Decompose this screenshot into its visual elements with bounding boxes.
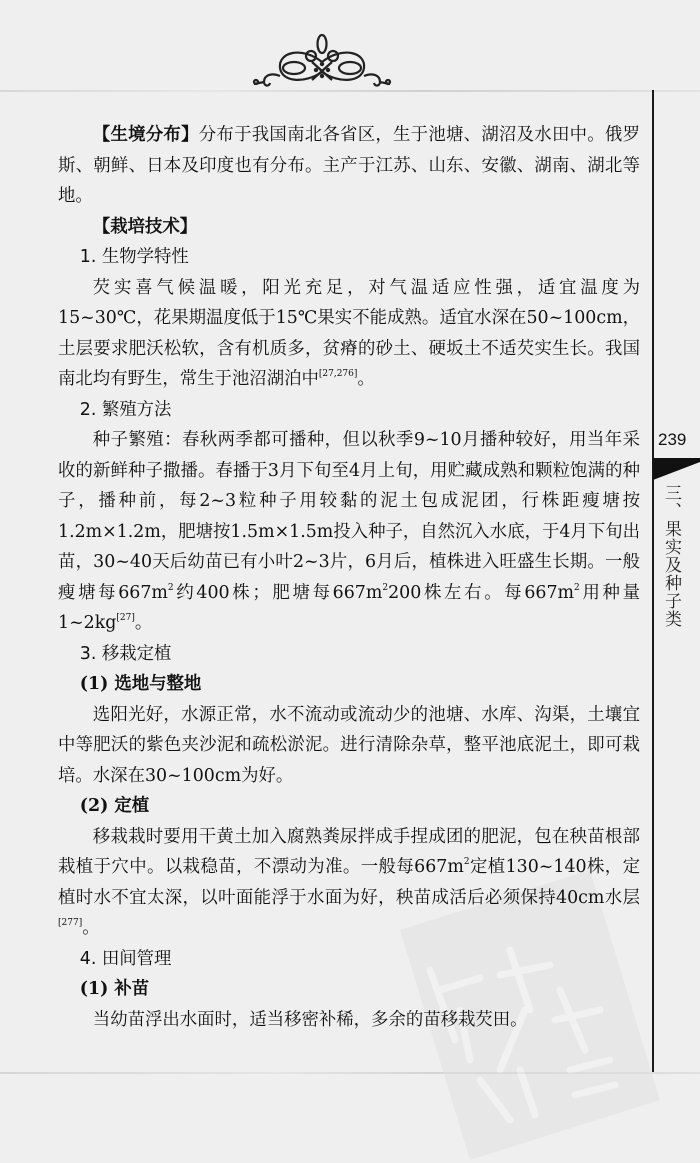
section-2-text-c: 200株左右。每667m: [388, 583, 574, 603]
section-3-1-title: (1) 选地与整地: [58, 669, 640, 700]
section-4-1-title: (1) 补苗: [58, 974, 640, 1005]
chapter-tab-label: 三、果实及种子类: [660, 484, 682, 628]
habitat-paragraph: 【生境分布】分布于我国南北各省区，生于池塘、湖沼及水田中。俄罗斯、朝鲜、日本及印…: [58, 120, 640, 212]
section-4-1-paragraph: 当幼苗浮出水面时，适当移密补稀，多余的苗移栽芡田。: [58, 1005, 640, 1036]
period: 。: [135, 613, 152, 633]
cultivation-heading-line: 【栽培技术】: [58, 212, 640, 243]
section-2-title: 2. 繁殖方法: [58, 395, 640, 426]
section-1-paragraph: 芡实喜气候温暖，阳光充足，对气温适应性强，适宜温度为15~30℃，花果期温度低于…: [58, 273, 640, 395]
top-rule: [0, 90, 700, 92]
cultivation-heading: 【栽培技术】: [93, 217, 197, 237]
citation-ref: [27]: [116, 613, 134, 623]
citation-ref: [27,276]: [319, 369, 358, 379]
period: 。: [357, 369, 374, 389]
section-1-title: 1. 生物学特性: [58, 242, 640, 273]
section-3-1-paragraph: 选阳光好，水源正常，水不流动或流动少的池塘、水库、沟渠，土壤宜中等肥沃的紫色夹沙…: [58, 700, 640, 792]
header-ornament-icon: [242, 32, 402, 92]
section-3-2-paragraph: 移栽栽时要用干黄土加入腐熟粪尿拌成手捏成团的肥泥，包在秧苗根部栽植于穴中。以栽稳…: [58, 822, 640, 944]
section-3-2-title: (2) 定植: [58, 791, 640, 822]
side-rule: [652, 90, 654, 1074]
citation-ref: [277]: [58, 918, 82, 928]
section-2-text-b: 约400株；肥塘每667m: [174, 583, 383, 603]
document-body: 【生境分布】分布于我国南北各省区，生于池塘、湖沼及水田中。俄罗斯、朝鲜、日本及印…: [58, 120, 640, 1035]
period: 。: [82, 918, 99, 938]
section-4-title: 4. 田间管理: [58, 944, 640, 975]
habitat-heading: 【生境分布】: [93, 125, 199, 145]
bottom-rule: [0, 1072, 700, 1074]
section-2-paragraph: 种子繁殖：春秋两季都可播种，但以秋季9~10月播种较好，用当年采收的新鲜种子撒播…: [58, 425, 640, 639]
section-2-text-a: 种子繁殖：春秋两季都可播种，但以秋季9~10月播种较好，用当年采收的新鲜种子撒播…: [58, 430, 640, 603]
section-3-title: 3. 移栽定植: [58, 639, 640, 670]
chapter-tab-wedge-icon: [653, 458, 700, 480]
page-number: 239: [658, 430, 686, 450]
